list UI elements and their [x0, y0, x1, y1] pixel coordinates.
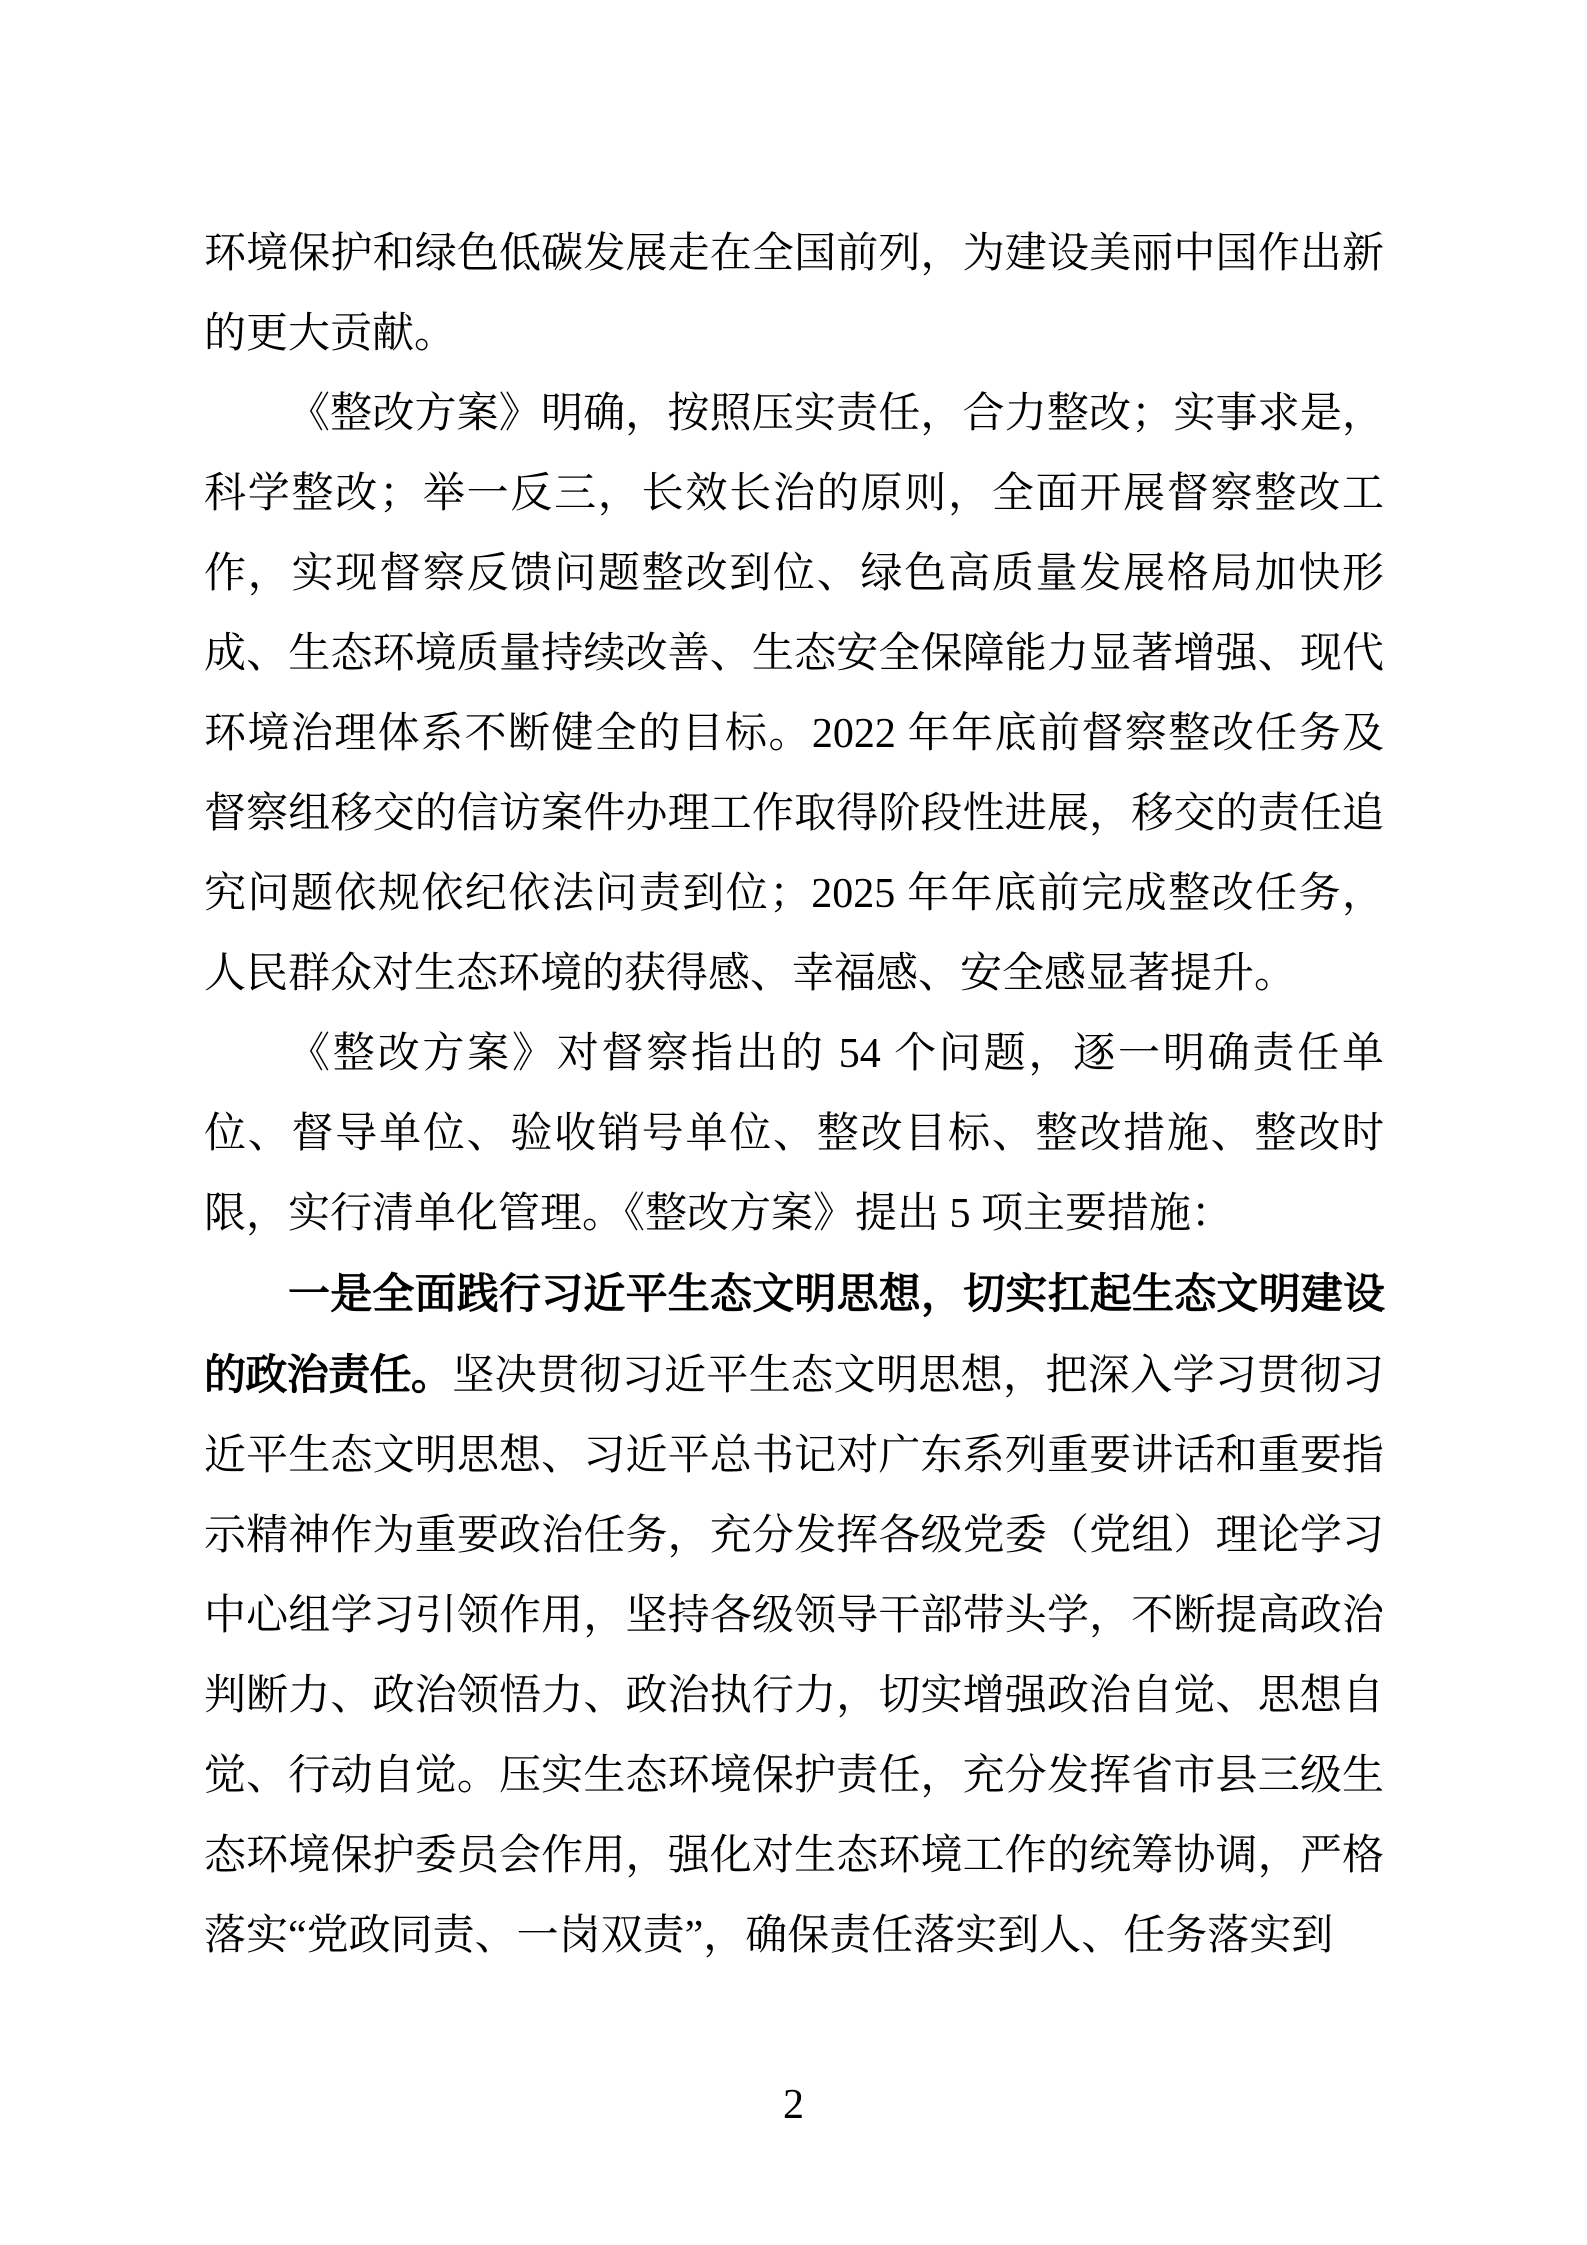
paragraph-1: 环境保护和绿色低碳发展走在全国前列，为建设美丽中国作出新的更大贡献。: [204, 214, 1384, 374]
paragraph-4-bold-lead: 一是全面践行习近平生态文明思想，切实扛起生态文明建设的政治责任。: [204, 1270, 1384, 1398]
paragraph-2: 《整改方案》明确，按照压实责任，合力整改；实事求是，科学整改；举一反三，长效长治…: [204, 374, 1384, 1014]
document-body: 环境保护和绿色低碳发展走在全国前列，为建设美丽中国作出新的更大贡献。《整改方案》…: [204, 214, 1384, 1976]
paragraph-3: 《整改方案》对督察指出的 54 个问题，逐一明确责任单位、督导单位、验收销号单位…: [204, 1014, 1384, 1254]
page-number: 2: [0, 2082, 1587, 2128]
paragraph-4: 一是全面践行习近平生态文明思想，切实扛起生态文明建设的政治责任。坚决贯彻习近平生…: [204, 1254, 1384, 1976]
document-page: 环境保护和绿色低碳发展走在全国前列，为建设美丽中国作出新的更大贡献。《整改方案》…: [0, 0, 1587, 2245]
